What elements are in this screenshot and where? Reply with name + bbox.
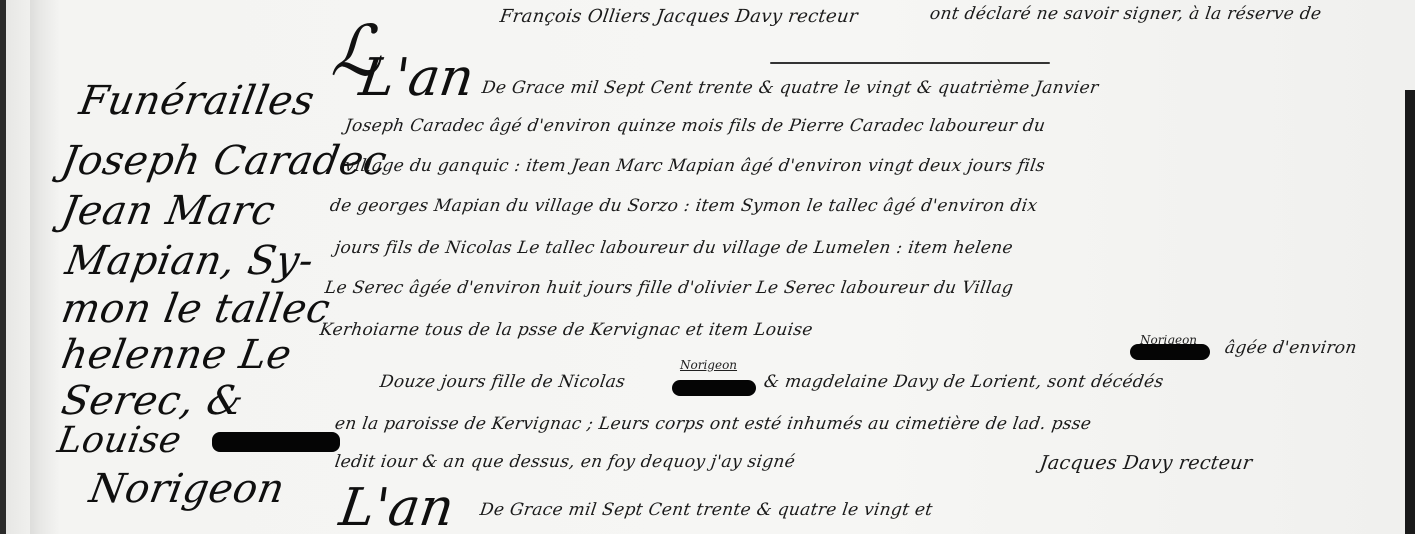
top-right-fragment: ont déclaré ne savoir signer, à la réser… (929, 4, 1323, 24)
margin-name-3: Mapian, Sy- (62, 238, 317, 284)
page-right-edge (1405, 90, 1415, 534)
register-page: François Olliers Jacques Davy recteur on… (0, 0, 1415, 534)
entry-line-8: Douze jours fille de Nicolas (379, 372, 627, 392)
next-entry-line: De Grace mil Sept Cent trente & quatre l… (479, 500, 934, 520)
next-entry-opening: L'an (336, 478, 458, 534)
margin-name-8: Norigeon (86, 466, 288, 512)
entry-line-4: de georges Mapian du village du Sorzo : … (329, 196, 1039, 216)
top-signature-line: François Olliers Jacques Davy recteur (499, 6, 860, 27)
entry-line-8b: & magdelaine Davy de Lorient, sont décéd… (763, 372, 1165, 392)
redaction-bar-line8 (672, 380, 756, 396)
margin-name-6: Serec, & (58, 378, 247, 424)
redaction-bar-margin (212, 432, 340, 452)
entry-line-7: Kerhoiarne tous de la psse de Kervignac … (319, 320, 815, 340)
redaction-bar-line7 (1130, 344, 1210, 360)
entry-opening: L'an (356, 48, 478, 108)
margin-name-1: Joseph Caradec (58, 138, 391, 184)
margin-name-4: mon le tallec (58, 286, 334, 332)
margin-name-5: helenne Le (58, 332, 295, 378)
margin-heading: Funérailles (76, 78, 318, 124)
entry-line-9: en la paroisse de Kervignac ; Leurs corp… (334, 414, 1093, 434)
entry-line-5: jours fils de Nicolas Le tallec laboureu… (334, 238, 1015, 258)
margin-name-2: Jean Marc (58, 188, 279, 234)
rector-signature: Jacques Davy recteur (1038, 452, 1253, 474)
age-fragment: âgée d'environ (1224, 338, 1358, 358)
margin-name-7: Louise (54, 420, 184, 461)
interlinear-correction: Norigeon (680, 358, 737, 372)
entry-line-6: Le Serec âgée d'environ huit jours fille… (324, 278, 1015, 298)
signature-underline (770, 62, 1050, 64)
entry-line-1: De Grace mil Sept Cent trente & quatre l… (481, 78, 1100, 98)
entry-line-3: village du ganquic : item Jean Marc Mapi… (344, 156, 1047, 176)
entry-line-2: Joseph Caradec âgé d'environ quinze mois… (344, 116, 1047, 136)
page-binding-edge (0, 0, 6, 534)
entry-line-10: ledit iour & an que dessus, en foy dequo… (334, 452, 797, 472)
